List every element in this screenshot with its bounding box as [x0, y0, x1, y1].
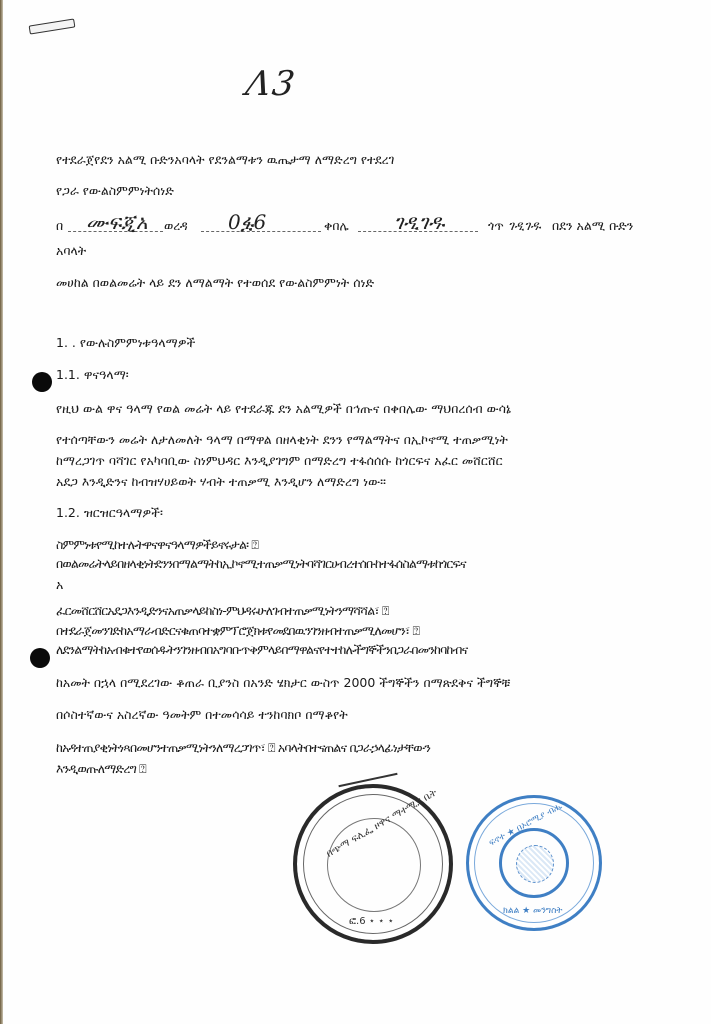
- section-1-heading: 1. . የውሉስምምነቱዓላማዎች: [56, 335, 195, 351]
- section-1-2-line-6: ለደንልማትከአብቁተየወሰዱትንገንዘብበአግባቡጥቅምላይበማዋልናየተተከ…: [56, 642, 467, 658]
- punch-hole-top: [32, 372, 52, 392]
- section-1-2-line-4: ፈርመሸርሸርአደጋእንዲድንናአጠቃላይከስነ-ምህዳሩሁለገብተጠቃሚነትን…: [56, 603, 389, 619]
- section-1-2-line-5: በተደራጀመንገድከአማራብድርናቁጠባተቋምፕሮጀክቱየመደበዉንገንዘብተጠ…: [56, 623, 419, 639]
- section-1-1-paragraph-2-line-2: ከማረጋገጥ ባሻገር የአካባቢው ስነምህዳር እንዲያገግም በማድረግ …: [56, 453, 503, 469]
- section-1-2-paragraph-e-line-1: ከአዳተጠያቂነትነጻበመሆንተጠቃሚነትንለማረጋገጥ፣ ⍰ አባላትበተናጠ…: [56, 740, 430, 756]
- kebele-label: ቀበሌ: [324, 218, 349, 234]
- section-1-2-line-3: አ: [56, 577, 63, 593]
- title-line-2: የጋራ የውልስምምነትሰነድ: [56, 183, 174, 199]
- fill-prefix: በ: [56, 218, 63, 234]
- section-1-2-paragraph-e-line-2: እንዲወጡለማድረግ ⍰: [56, 761, 146, 777]
- section-1-2-heading: 1.2. ዝርዝርዓላማዎች፡: [56, 505, 163, 521]
- woreda-label: ወረዳ: [164, 218, 188, 234]
- fill-suffix: በደን አልሚ ቡድን: [552, 218, 633, 234]
- section-1-2-paragraph-d: በሶስተኛውና አስረኛው ዓመትም በተመሳሳይ ተንከባክቦ በማቆየት: [56, 707, 348, 723]
- section-1-2-line-2: በወልመሬትላይበዘላቂነትደንንበማልማትከኢኮኖሚተጠቃሚነትባሻገርሀብረ…: [56, 556, 466, 572]
- section-1-1-paragraph-2-line-3: አደጋ እንዲድንና ከብዝሃሀይወት ሃብት ተጠቃሚ እንዲሆን ለማድረግ…: [56, 474, 386, 490]
- official-stamp-black: በጭማ ፍሊፌ ዞዋና ማተሚያ ቤት ፎ.6 ⋆ ⋆ ⋆: [293, 784, 453, 944]
- section-1-2-paragraph-c: ከአመት በኋላ በሚደረገው ቆጠራ ቢያንስ በአንድ ሄክታር ውስጥ 2…: [56, 675, 510, 691]
- section-1-1-paragraph-2-line-1: የተሰጣቸውን መሬት ለታለመለት ዓላማ በማዋል በዘላቂነት ደንን የ…: [56, 432, 508, 448]
- emblem-icon: [516, 845, 554, 883]
- got-label: ጎጥ: [488, 218, 504, 234]
- black-stamp-bottom-text: ፎ.6 ⋆ ⋆ ⋆: [349, 916, 394, 927]
- official-stamp-blue: ፍኖተ ★ በኦሮሚያ ብሔ ክልል ★ መንግስት: [466, 795, 602, 931]
- section-1-1-paragraph-1: የዚህ ውል ዋና ዓላማ የወል መሬት ላይ የተደራጁ ደን አልሚዎች …: [56, 401, 511, 417]
- fill-in-continuation: አባላት: [56, 243, 86, 259]
- title-line-1: የተደራጀየደን አልሚ ቡድንአባላት የደንልማቱን ዉጤታማ ለማድረግ …: [56, 152, 394, 168]
- blue-stamp-bottom-text: ክልል ★ መንግስት: [503, 906, 562, 916]
- scan-page-edge: [0, 0, 3, 1024]
- handwritten-page-number: Λ3: [243, 64, 299, 104]
- punch-hole-bottom: [30, 648, 50, 668]
- document-subtitle: መሀከል በወልመሬት ላይ ደን ለማልማት የተወሰደ የውልስምምነት ሰ…: [56, 275, 374, 291]
- section-1-1-heading: 1.1. ዋናዓላማ፡: [56, 367, 129, 383]
- section-1-2-line-1: ስምምነቱየሚከተሉትዋናዋናዓላማዎችይኖሩታል፡ ⍰: [56, 537, 258, 553]
- staple-mark: [29, 18, 76, 34]
- kebele-value: ገዲገዱ: [394, 210, 444, 234]
- woreda-value: 0ፏ6: [228, 210, 266, 234]
- location-fill-in-row: በ ሙፍጂአ ወረዳ 0ፏ6 ቀበሌ ገዲገዱ ጎጥ ገዲገዱ በደን አልሚ …: [56, 214, 636, 238]
- zone-value: ሙፍጂአ: [86, 210, 148, 234]
- got-value: ገዲገዱ: [508, 219, 541, 234]
